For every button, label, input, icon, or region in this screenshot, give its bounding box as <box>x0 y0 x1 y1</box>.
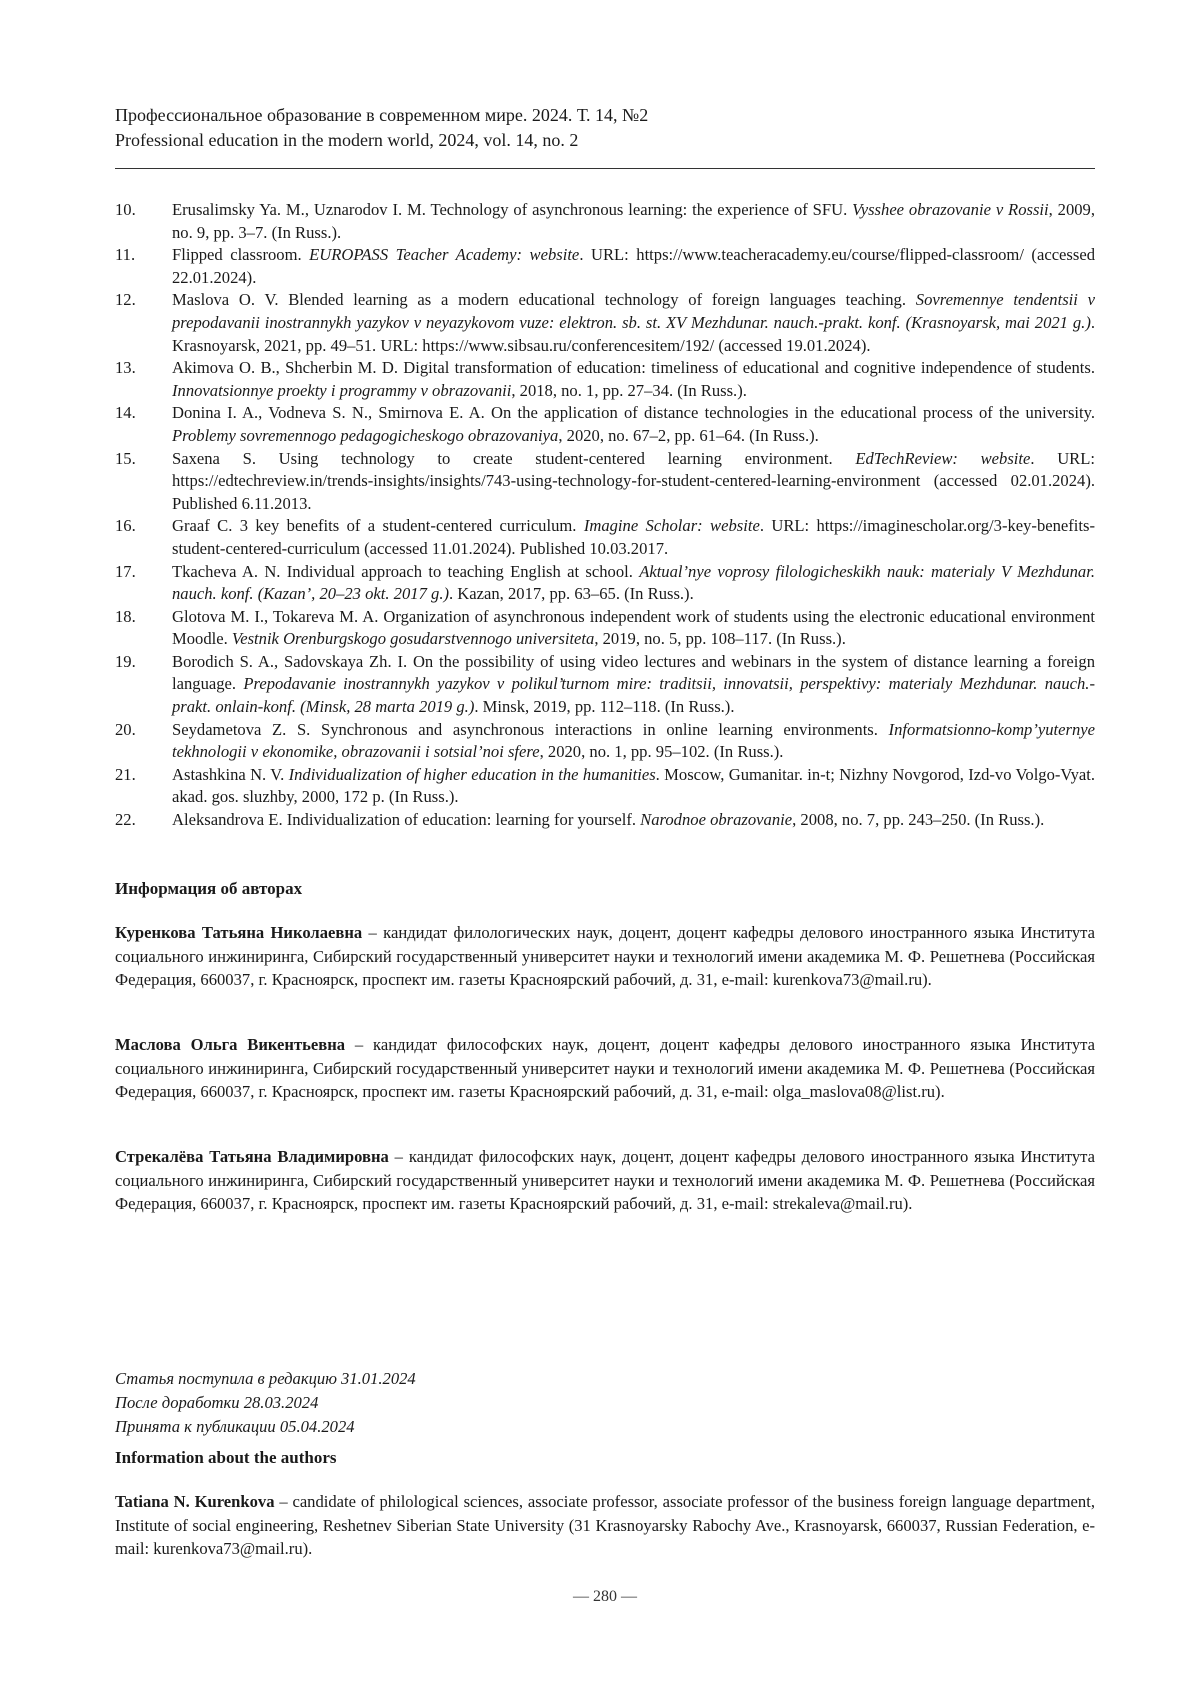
reference-text: Tkacheva A. N. Individual approach to te… <box>172 561 1095 606</box>
reference-segment: , 2020, no. 1, pp. 95–102. (In Russ.). <box>540 742 784 761</box>
reference-item: 18.Glotova M. I., Tokareva M. A. Organiz… <box>115 606 1095 651</box>
reference-source: Narodnoe obrazovanie <box>640 810 792 829</box>
reference-number: 16. <box>115 515 172 560</box>
authors-en-title: Information about the authors <box>115 1448 337 1468</box>
authors-ru-title: Информация об авторах <box>115 879 302 899</box>
reference-text: Erusalimsky Ya. M., Uznarodov I. M. Tech… <box>172 199 1095 244</box>
reference-item: 16.Graaf C. 3 key benefits of a student-… <box>115 515 1095 560</box>
reference-item: 20.Seydametova Z. S. Synchronous and asy… <box>115 719 1095 764</box>
reference-segment: Maslova O. V. Blended learning as a mode… <box>172 290 916 309</box>
reference-segment: Flipped classroom. <box>172 245 309 264</box>
reference-item: 14.Donina I. A., Vodneva S. N., Smirnova… <box>115 402 1095 447</box>
reference-source: EdTechReview: website <box>855 449 1030 468</box>
reference-item: 15.Saxena S. Using technology to create … <box>115 448 1095 516</box>
reference-segment: . Minsk, 2019, pp. 112–118. (In Russ.). <box>474 697 734 716</box>
reference-item: 22.Aleksandrova E. Individualization of … <box>115 809 1095 832</box>
reference-number: 18. <box>115 606 172 651</box>
reference-text: Glotova M. I., Tokareva M. A. Organizati… <box>172 606 1095 651</box>
reference-segment: Erusalimsky Ya. M., Uznarodov I. M. Tech… <box>172 200 852 219</box>
reference-source: Vysshee obrazovanie v Rossii <box>852 200 1049 219</box>
author-name: Маслова Ольга Викентьевна <box>115 1035 345 1054</box>
reference-segment: Seydametova Z. S. Synchronous and asynch… <box>172 720 889 739</box>
reference-source: Imagine Scholar: website <box>584 516 760 535</box>
journal-title-ru: Профессиональное образование в современн… <box>115 103 1095 128</box>
reference-list: 10.Erusalimsky Ya. M., Uznarodov I. M. T… <box>115 199 1095 832</box>
reference-item: 12.Maslova O. V. Blended learning as a m… <box>115 289 1095 357</box>
reference-number: 14. <box>115 402 172 447</box>
page-number: — 280 — <box>115 1588 1095 1606</box>
reference-text: Astashkina N. V. Individualization of hi… <box>172 764 1095 809</box>
reference-item: 13.Akimova O. B., Shcherbin M. D. Digita… <box>115 357 1095 402</box>
reference-text: Borodich S. A., Sadovskaya Zh. I. On the… <box>172 651 1095 719</box>
reference-text: Saxena S. Using technology to create stu… <box>172 448 1095 516</box>
reference-item: 10.Erusalimsky Ya. M., Uznarodov I. M. T… <box>115 199 1095 244</box>
reference-source: Vestnik Orenburgskogo gosudarstvennogo u… <box>232 629 594 648</box>
reference-segment: Graaf C. 3 key benefits of a student-cen… <box>172 516 584 535</box>
reference-source: Individualization of higher education in… <box>289 765 656 784</box>
reference-segment: , 2008, no. 7, pp. 243–250. (In Russ.). <box>792 810 1044 829</box>
accepted-date: Принята к публикации 05.04.2024 <box>115 1415 416 1439</box>
reference-number: 12. <box>115 289 172 357</box>
reference-item: 21.Astashkina N. V. Individualization of… <box>115 764 1095 809</box>
author-ru-2: Маслова Ольга Викентьевна – кандидат фил… <box>115 1033 1095 1104</box>
reference-segment: , 2020, no. 67–2, pp. 61–64. (In Russ.). <box>558 426 818 445</box>
reference-text: Seydametova Z. S. Synchronous and asynch… <box>172 719 1095 764</box>
reference-source: Innovatsionnye proekty i programmy v obr… <box>172 381 511 400</box>
reference-number: 21. <box>115 764 172 809</box>
reference-segment: Astashkina N. V. <box>172 765 289 784</box>
reference-segment: . Kazan, 2017, pp. 63–65. (In Russ.). <box>449 584 694 603</box>
reference-number: 13. <box>115 357 172 402</box>
reference-item: 11.Flipped classroom. EUROPASS Teacher A… <box>115 244 1095 289</box>
author-ru-1: Куренкова Татьяна Николаевна – кандидат … <box>115 921 1095 992</box>
reference-segment: Saxena S. Using technology to create stu… <box>172 449 855 468</box>
reference-text: Aleksandrova E. Individualization of edu… <box>172 809 1095 832</box>
journal-title-en: Professional education in the modern wor… <box>115 128 1095 153</box>
reference-number: 22. <box>115 809 172 832</box>
reference-segment: Akimova O. B., Shcherbin M. D. Digital t… <box>172 358 1095 377</box>
reference-source: EUROPASS Teacher Academy: website <box>309 245 579 264</box>
author-ru-3: Стрекалёва Татьяна Владимировна – кандид… <box>115 1145 1095 1216</box>
author-name: Стрекалёва Татьяна Владимировна <box>115 1147 389 1166</box>
reference-number: 11. <box>115 244 172 289</box>
reference-segment: , 2019, no. 5, pp. 108–117. (In Russ.). <box>594 629 846 648</box>
received-date: Статья поступила в редакцию 31.01.2024 <box>115 1367 416 1391</box>
reference-segment: Aleksandrova E. Individualization of edu… <box>172 810 640 829</box>
author-en-1: Tatiana N. Kurenkova – candidate of phil… <box>115 1490 1095 1561</box>
reference-item: 19.Borodich S. A., Sadovskaya Zh. I. On … <box>115 651 1095 719</box>
article-history: Статья поступила в редакцию 31.01.2024 П… <box>115 1367 416 1439</box>
reference-text: Flipped classroom. EUROPASS Teacher Acad… <box>172 244 1095 289</box>
reference-item: 17.Tkacheva A. N. Individual approach to… <box>115 561 1095 606</box>
reference-number: 10. <box>115 199 172 244</box>
reference-number: 15. <box>115 448 172 516</box>
revised-date: После доработки 28.03.2024 <box>115 1391 416 1415</box>
reference-segment: Tkacheva A. N. Individual approach to te… <box>172 562 639 581</box>
reference-number: 17. <box>115 561 172 606</box>
reference-text: Maslova O. V. Blended learning as a mode… <box>172 289 1095 357</box>
author-name: Tatiana N. Kurenkova <box>115 1492 275 1511</box>
reference-number: 19. <box>115 651 172 719</box>
reference-source: Problemy sovremennogo pedagogicheskogo o… <box>172 426 558 445</box>
running-header: Профессиональное образование в современн… <box>115 103 1095 153</box>
reference-segment: Donina I. A., Vodneva S. N., Smirnova E.… <box>172 403 1095 422</box>
reference-text: Donina I. A., Vodneva S. N., Smirnova E.… <box>172 402 1095 447</box>
reference-segment: , 2018, no. 1, pp. 27–34. (In Russ.). <box>511 381 747 400</box>
reference-text: Graaf C. 3 key benefits of a student-cen… <box>172 515 1095 560</box>
header-divider <box>115 168 1095 169</box>
reference-number: 20. <box>115 719 172 764</box>
author-name: Куренкова Татьяна Николаевна <box>115 923 362 942</box>
reference-text: Akimova O. B., Shcherbin M. D. Digital t… <box>172 357 1095 402</box>
